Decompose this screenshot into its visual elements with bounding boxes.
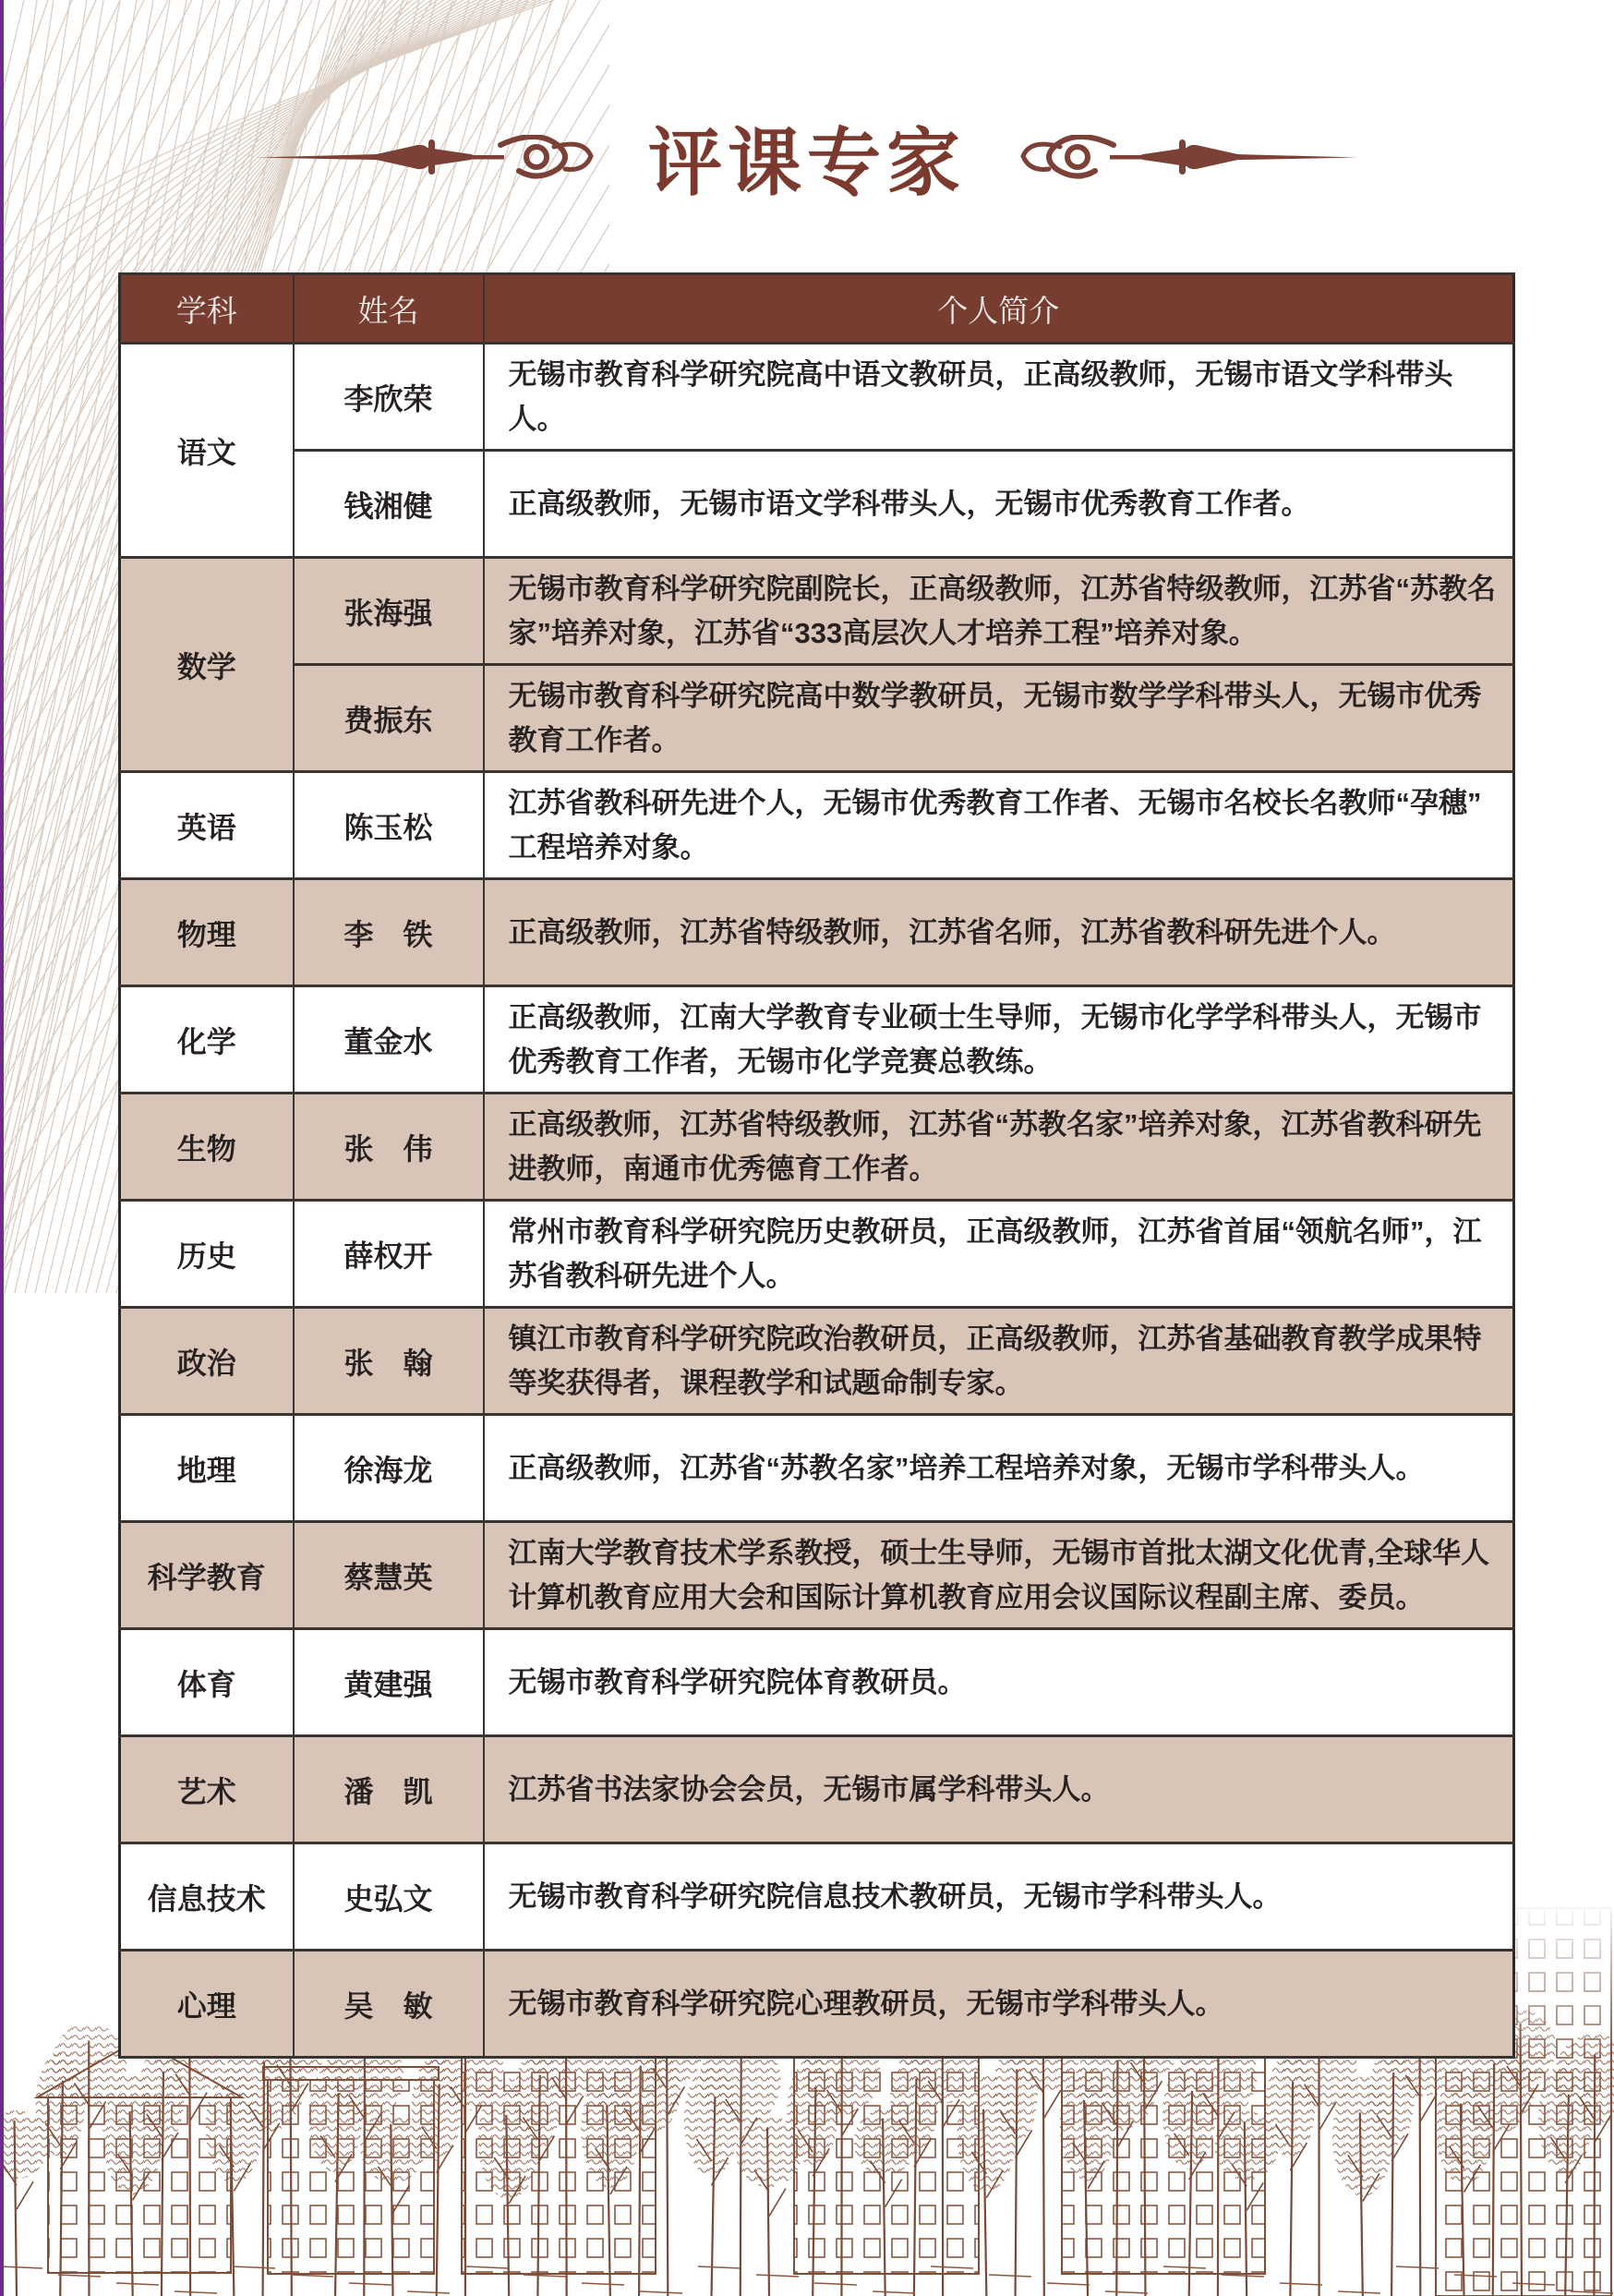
name-cell: 董金水 <box>294 986 484 1094</box>
name-cell: 李 铁 <box>294 879 484 986</box>
name-cell: 费振东 <box>294 665 484 772</box>
bio-cell: 常州市教育科学研究院历史教研员，正高级教师，江苏省首届“领航名师”，江苏省教科研… <box>484 1201 1514 1308</box>
column-header-name: 姓名 <box>294 274 484 344</box>
page: { "page": { "title": "评课专家" }, "colors":… <box>0 0 1614 2296</box>
table-row: 数学 张海强 无锡市教育科学研究院副院长，正高级教师，江苏省特级教师，江苏省“苏… <box>120 558 1514 665</box>
table-row: 地理 徐海龙 正高级教师，江苏省“苏教名家”培养工程培养对象，无锡市学科带头人。 <box>120 1415 1514 1522</box>
table-row: 语文 李欣荣 无锡市教育科学研究院高中语文教研员，正高级教师，无锡市语文学科带头… <box>120 344 1514 451</box>
bio-cell: 镇江市教育科学研究院政治教研员，正高级教师，江苏省基础教育教学成果特等奖获得者，… <box>484 1308 1514 1415</box>
bio-cell: 正高级教师，无锡市语文学科带头人，无锡市优秀教育工作者。 <box>484 451 1514 558</box>
flourish-right-icon <box>988 135 1357 179</box>
name-cell: 蔡慧英 <box>294 1522 484 1629</box>
subject-cell: 艺术 <box>120 1736 294 1843</box>
page-title: 评课专家 <box>648 103 966 210</box>
table-row: 政治 张 翰 镇江市教育科学研究院政治教研员，正高级教师，江苏省基础教育教学成果… <box>120 1308 1514 1415</box>
subject-cell: 物理 <box>120 879 294 986</box>
name-cell: 薛权开 <box>294 1201 484 1308</box>
bio-cell: 正高级教师，江苏省“苏教名家”培养工程培养对象，无锡市学科带头人。 <box>484 1415 1514 1522</box>
subject-cell: 体育 <box>120 1629 294 1736</box>
table-row: 物理 李 铁 正高级教师，江苏省特级教师，江苏省名师，江苏省教科研先进个人。 <box>120 879 1514 986</box>
table-row: 费振东 无锡市教育科学研究院高中数学教研员，无锡市数学学科带头人，无锡市优秀教育… <box>120 665 1514 772</box>
name-cell: 张海强 <box>294 558 484 665</box>
column-header-bio: 个人简介 <box>484 274 1514 344</box>
bio-cell: 无锡市教育科学研究院信息技术教研员，无锡市学科带头人。 <box>484 1843 1514 1951</box>
table-row: 心理 吴 敏 无锡市教育科学研究院心理教研员，无锡市学科带头人。 <box>120 1951 1514 2058</box>
flourish-left-icon <box>257 135 626 179</box>
subject-cell: 英语 <box>120 772 294 879</box>
subject-cell: 化学 <box>120 986 294 1094</box>
name-cell: 钱湘健 <box>294 451 484 558</box>
title-banner: 评课专家 <box>0 103 1614 210</box>
bio-cell: 无锡市教育科学研究院高中语文教研员，正高级教师，无锡市语文学科带头人。 <box>484 344 1514 451</box>
subject-cell: 语文 <box>120 344 294 558</box>
name-cell: 潘 凯 <box>294 1736 484 1843</box>
name-cell: 徐海龙 <box>294 1415 484 1522</box>
bio-cell: 无锡市教育科学研究院心理教研员，无锡市学科带头人。 <box>484 1951 1514 2058</box>
table-row: 体育 黄建强 无锡市教育科学研究院体育教研员。 <box>120 1629 1514 1736</box>
bio-cell: 无锡市教育科学研究院体育教研员。 <box>484 1629 1514 1736</box>
table-row: 艺术 潘 凯 江苏省书法家协会会员，无锡市属学科带头人。 <box>120 1736 1514 1843</box>
table-row: 钱湘健 正高级教师，无锡市语文学科带头人，无锡市优秀教育工作者。 <box>120 451 1514 558</box>
table-row: 科学教育 蔡慧英 江南大学教育技术学系教授，硕士生导师，无锡市首批太湖文化优青,… <box>120 1522 1514 1629</box>
subject-cell: 政治 <box>120 1308 294 1415</box>
column-header-subject: 学科 <box>120 274 294 344</box>
table-row: 历史 薛权开 常州市教育科学研究院历史教研员，正高级教师，江苏省首届“领航名师”… <box>120 1201 1514 1308</box>
bio-cell: 江苏省教科研先进个人，无锡市优秀教育工作者、无锡市名校长名教师“孕穗”工程培养对… <box>484 772 1514 879</box>
subject-cell: 数学 <box>120 558 294 772</box>
bio-cell: 正高级教师，江苏省特级教师，江苏省“苏教名家”培养对象，江苏省教科研先进教师，南… <box>484 1094 1514 1201</box>
subject-cell: 历史 <box>120 1201 294 1308</box>
subject-cell: 生物 <box>120 1094 294 1201</box>
bio-cell: 江南大学教育技术学系教授，硕士生导师，无锡市首批太湖文化优青,全球华人计算机教育… <box>484 1522 1514 1629</box>
name-cell: 张 伟 <box>294 1094 484 1201</box>
page-edge-line <box>0 0 4 2296</box>
name-cell: 史弘文 <box>294 1843 484 1951</box>
name-cell: 李欣荣 <box>294 344 484 451</box>
name-cell: 黄建强 <box>294 1629 484 1736</box>
experts-table: 学科 姓名 个人简介 语文 李欣荣 无锡市教育科学研究院高中语文教研员，正高级教… <box>118 272 1515 2059</box>
bio-cell: 无锡市教育科学研究院高中数学教研员，无锡市数学学科带头人，无锡市优秀教育工作者。 <box>484 665 1514 772</box>
subject-cell: 地理 <box>120 1415 294 1522</box>
table-row: 英语 陈玉松 江苏省教科研先进个人，无锡市优秀教育工作者、无锡市名校长名教师“孕… <box>120 772 1514 879</box>
table-row: 生物 张 伟 正高级教师，江苏省特级教师，江苏省“苏教名家”培养对象，江苏省教科… <box>120 1094 1514 1201</box>
subject-cell: 心理 <box>120 1951 294 2058</box>
bio-cell: 正高级教师，江苏省特级教师，江苏省名师，江苏省教科研先进个人。 <box>484 879 1514 986</box>
bio-cell: 江苏省书法家协会会员，无锡市属学科带头人。 <box>484 1736 1514 1843</box>
table-header-row: 学科 姓名 个人简介 <box>120 274 1514 344</box>
bio-cell: 正高级教师，江南大学教育专业硕士生导师，无锡市化学学科带头人，无锡市优秀教育工作… <box>484 986 1514 1094</box>
table-row: 化学 董金水 正高级教师，江南大学教育专业硕士生导师，无锡市化学学科带头人，无锡… <box>120 986 1514 1094</box>
name-cell: 陈玉松 <box>294 772 484 879</box>
subject-cell: 信息技术 <box>120 1843 294 1951</box>
table-row: 信息技术 史弘文 无锡市教育科学研究院信息技术教研员，无锡市学科带头人。 <box>120 1843 1514 1951</box>
name-cell: 吴 敏 <box>294 1951 484 2058</box>
bio-cell: 无锡市教育科学研究院副院长，正高级教师，江苏省特级教师，江苏省“苏教名家”培养对… <box>484 558 1514 665</box>
subject-cell: 科学教育 <box>120 1522 294 1629</box>
name-cell: 张 翰 <box>294 1308 484 1415</box>
